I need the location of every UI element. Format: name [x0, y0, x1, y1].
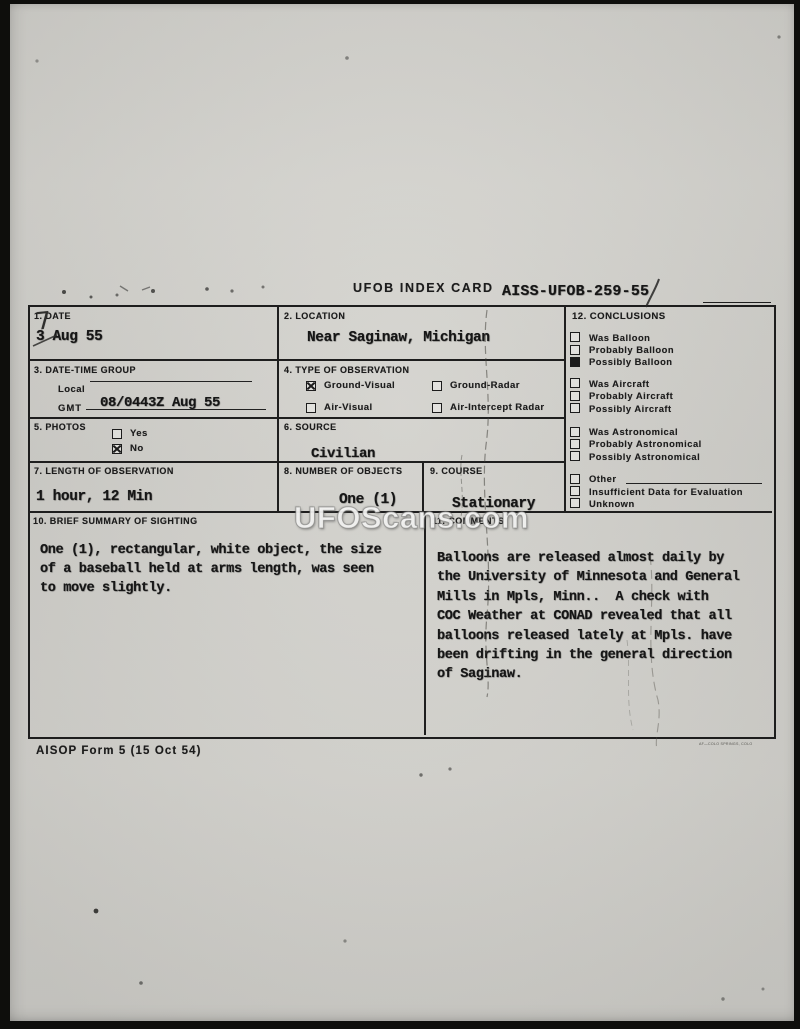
comments-text: Balloons are released almost daily by th… — [437, 549, 740, 685]
probably-aircraft-checkbox — [570, 391, 580, 401]
source-value: Civilian — [311, 446, 375, 462]
insufficient-data-checkbox — [570, 486, 580, 496]
scanned-page: UFOB INDEX CARD AISS-UFOB-259-55 1. DATE… — [0, 0, 800, 1029]
brief-summary-label: 10. BRIEF SUMMARY OF SIGHTING — [33, 516, 198, 526]
type-of-observation-label: 4. TYPE OF OBSERVATION — [284, 365, 409, 375]
scan-frame-bottom — [0, 1021, 800, 1029]
source-label: 6. SOURCE — [284, 422, 337, 432]
length-of-observation-value: 1 hour, 12 Min — [36, 489, 152, 505]
air-visual-checkbox — [306, 403, 316, 413]
grid-line — [28, 417, 565, 419]
ground-visual-checkbox-checked — [306, 381, 316, 391]
photos-yes-option: Yes — [112, 428, 148, 439]
possibly-aircraft-checkbox — [570, 403, 580, 413]
handwritten-date-correction: 7 — [35, 306, 53, 335]
possibly-astronomical-checkbox — [570, 451, 580, 461]
ufoscans-watermark: UFOScans.com — [294, 500, 529, 536]
conclusions-label: 12. CONCLUSIONS — [572, 311, 666, 322]
brief-summary-text: One (1), rectangular, white object, the … — [40, 541, 381, 598]
conclusion-option-other: Other — [570, 473, 766, 485]
probably-astronomical-checkbox — [570, 439, 580, 449]
course-label: 9. COURSE — [430, 466, 483, 476]
air-visual-option: Air-Visual — [306, 402, 373, 413]
conclusions-list: Was Balloon Probably Balloon Possibly Ba… — [570, 331, 766, 510]
unknown-checkbox — [570, 498, 580, 508]
header-rule — [703, 302, 771, 303]
scan-frame-right — [794, 0, 800, 1029]
conclusion-option: Probably Aircraft — [570, 390, 766, 402]
other-blank-line — [626, 474, 762, 484]
other-checkbox — [570, 474, 580, 484]
gmt-value: 08/0443Z Aug 55 — [100, 395, 220, 411]
conclusion-option: Was Astronomical — [570, 425, 766, 437]
was-astronomical-checkbox — [570, 427, 580, 437]
probably-balloon-checkbox — [570, 345, 580, 355]
length-of-observation-label: 7. LENGTH OF OBSERVATION — [34, 466, 174, 476]
was-balloon-checkbox — [570, 332, 580, 342]
printer-mark: AF—COLO SPRINGS, COLO — [699, 741, 752, 746]
grid-line — [564, 305, 566, 512]
conclusion-option: Insufficient Data for Evaluation — [570, 485, 766, 497]
grid-line — [28, 359, 565, 361]
grid-line — [277, 305, 279, 512]
conclusion-option: Probably Astronomical — [570, 438, 766, 450]
conclusion-option: Possibly Aircraft — [570, 402, 766, 414]
grid-line — [424, 511, 426, 735]
conclusion-option: Probably Balloon — [570, 343, 766, 355]
grid-line — [28, 461, 565, 463]
local-blank-line — [90, 381, 252, 382]
air-intercept-radar-option: Air-Intercept Radar — [432, 402, 545, 413]
photos-no-option: No — [112, 443, 144, 454]
ground-radar-option: Ground-Radar — [432, 380, 520, 391]
photos-no-checkbox-checked — [112, 444, 122, 454]
form-id: AISOP Form 5 (15 Oct 54) — [36, 745, 202, 757]
ground-visual-option: Ground-Visual — [306, 380, 395, 391]
conclusion-option: Unknown — [570, 497, 766, 509]
case-number: AISS-UFOB-259-55 — [502, 283, 649, 300]
conclusion-option: Possibly Astronomical — [570, 450, 766, 462]
location-label: 2. LOCATION — [284, 311, 345, 321]
photos-yes-checkbox — [112, 429, 122, 439]
air-intercept-radar-checkbox — [432, 403, 442, 413]
scan-frame-left — [0, 0, 10, 1029]
scan-frame-top — [0, 0, 800, 4]
ground-radar-checkbox — [432, 381, 442, 391]
photos-label: 5. PHOTOS — [34, 422, 86, 432]
location-value: Near Saginaw, Michigan — [307, 330, 490, 346]
form-title: UFOB INDEX CARD — [353, 281, 494, 295]
conclusion-option: Was Aircraft — [570, 377, 766, 389]
local-label: Local — [58, 384, 85, 395]
possibly-balloon-checkbox-checked — [570, 357, 580, 367]
conclusion-option: Was Balloon — [570, 331, 766, 343]
smudge-marks — [120, 286, 150, 291]
was-aircraft-checkbox — [570, 378, 580, 388]
conclusion-option: Possibly Balloon — [570, 356, 766, 368]
number-of-objects-label: 8. NUMBER OF OBJECTS — [284, 466, 403, 476]
gmt-label: GMT — [58, 403, 82, 414]
date-time-group-label: 3. DATE-TIME GROUP — [34, 365, 136, 375]
